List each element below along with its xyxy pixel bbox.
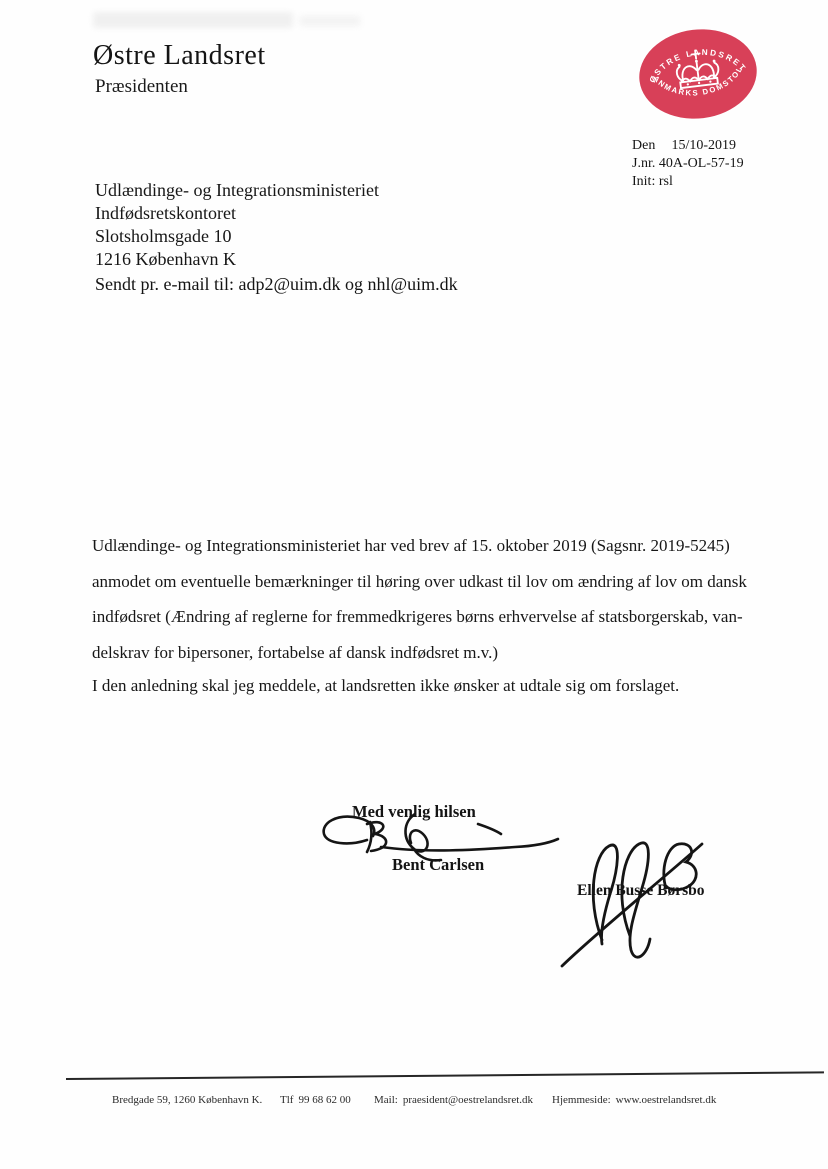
date-value: 15/10-2019 — [672, 138, 737, 153]
journal-number: J.nr. 40A-OL-57-19 — [632, 155, 744, 173]
org-department: Præsidenten — [95, 76, 188, 98]
recipient-address: Udlændinge- og Integrationsministeriet I… — [95, 179, 379, 271]
body-line: indfødsret (Ændring af reglerne for frem… — [92, 599, 747, 635]
signature-bent-carlsen — [315, 810, 590, 868]
recipient-line: Slotsholmsgade 10 — [95, 225, 379, 248]
mail-address: praesident@oestrelandsret.dk — [403, 1094, 533, 1106]
footer-rule — [66, 1071, 824, 1080]
recipient-line: Indfødsretskontoret — [95, 202, 379, 225]
mail-label: Mail: — [374, 1094, 398, 1106]
date-label: Den — [632, 137, 668, 155]
body-line: anmodet om eventuelle bemærkninger til h… — [92, 564, 747, 600]
footer-phone: Tlf99 68 62 00 — [280, 1094, 351, 1106]
body-line: Udlændinge- og Integrationsministeriet h… — [92, 528, 747, 564]
footer-mail: Mail:praesident@oestrelandsret.dk — [374, 1094, 533, 1106]
letter-meta: Den 15/10-2019 J.nr. 40A-OL-57-19 Init: … — [632, 137, 744, 191]
recipient-line: 1216 København K — [95, 248, 379, 271]
phone-label: Tlf — [280, 1094, 293, 1106]
scan-artifact — [300, 16, 360, 26]
initials: Init: rsl — [632, 173, 744, 191]
court-seal: ØSTRE LANDSRET DANMARKS DOMSTOLE — [631, 19, 766, 129]
sent-via-line: Sendt pr. e-mail til: adp2@uim.dk og nhl… — [95, 274, 458, 295]
web-label: Hjemmeside: — [552, 1094, 611, 1106]
recipient-line: Udlændinge- og Integrationsministeriet — [95, 179, 379, 202]
web-address: www.oestrelandsret.dk — [616, 1094, 717, 1106]
body-line: delskrav for bipersoner, fortabelse af d… — [92, 635, 747, 671]
court-seal-graphic: ØSTRE LANDSRET DANMARKS DOMSTOLE — [631, 19, 766, 129]
body-paragraph-1: Udlændinge- og Integrationsministeriet h… — [92, 528, 747, 670]
scan-artifact — [93, 12, 293, 28]
body-paragraph-2: I den anledning skal jeg meddele, at lan… — [92, 676, 679, 696]
phone-number: 99 68 62 00 — [298, 1094, 350, 1106]
date-line: Den 15/10-2019 — [632, 137, 744, 155]
footer-web: Hjemmeside:www.oestrelandsret.dk — [552, 1094, 716, 1106]
signature-ellen-borsbo — [556, 836, 711, 971]
org-name: Østre Landsret — [93, 40, 266, 72]
letter-page: Østre Landsret Præsidenten ØSTRE LANDSRE… — [0, 0, 828, 1169]
footer-address: Bredgade 59, 1260 København K. — [112, 1094, 262, 1106]
